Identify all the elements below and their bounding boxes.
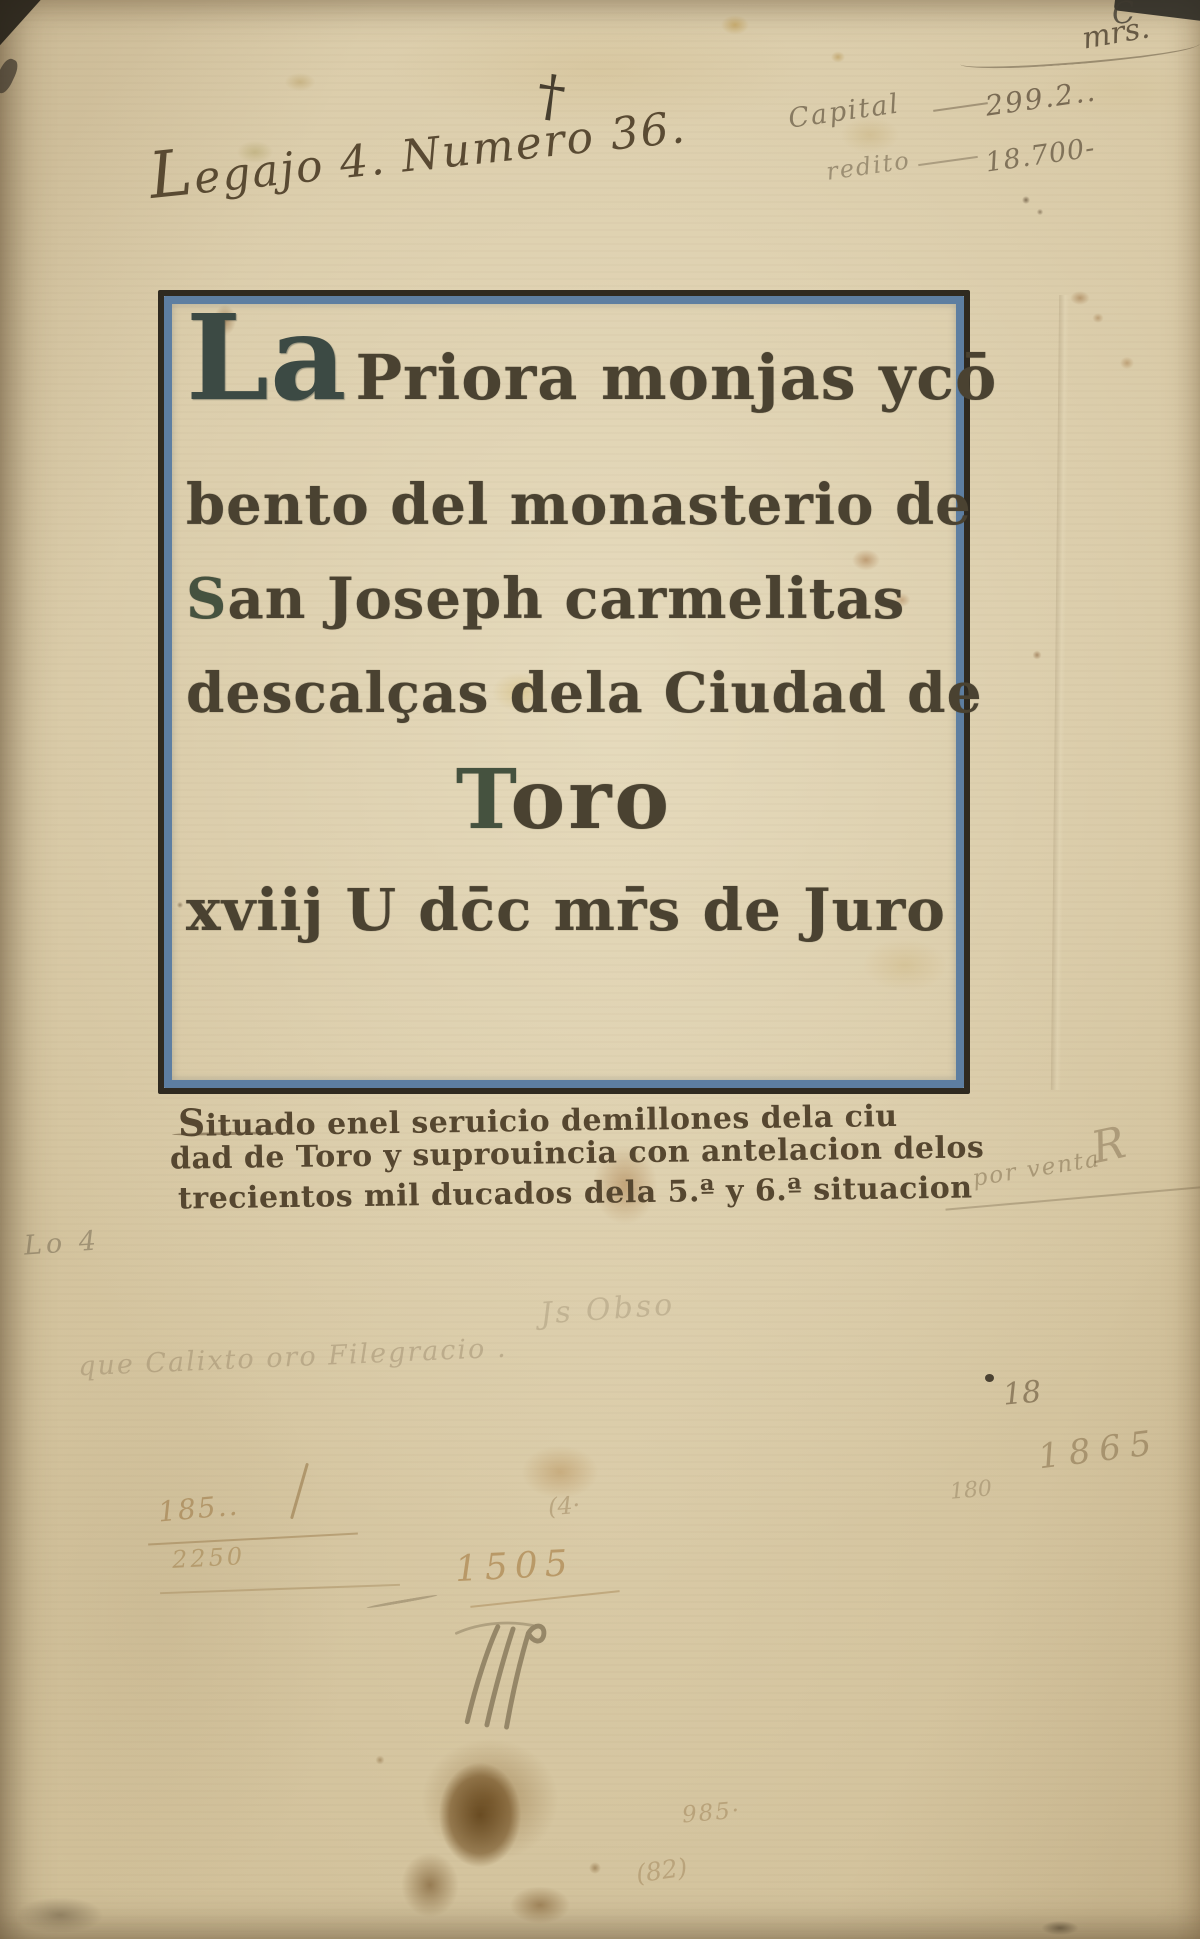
title-line-toro: Toro bbox=[172, 752, 956, 848]
monogram-flourish bbox=[430, 1618, 570, 1738]
decorated-initial: La bbox=[186, 308, 347, 408]
title-frame-inner: La Priora monjas ycō bento del monasteri… bbox=[164, 296, 964, 1088]
pen-scratch bbox=[366, 1594, 437, 1609]
redito-label: redito bbox=[824, 146, 912, 186]
faint-number-82: (82) bbox=[634, 1853, 689, 1889]
title-frame-outer: La Priora monjas ycō bento del monasteri… bbox=[158, 290, 970, 1094]
redito-value: 18.700- bbox=[983, 132, 1097, 178]
corner-letter-mark: C bbox=[1110, 0, 1137, 32]
capital-label: Capital bbox=[786, 88, 901, 134]
vertical-crease bbox=[1051, 295, 1069, 1090]
subtitle-line-3: trecientos mil ducados dela 5.ª y 6.ª si… bbox=[178, 1170, 973, 1216]
ink-flourish-line bbox=[960, 36, 1200, 73]
scan-corner-shadow-topleft bbox=[0, 0, 46, 52]
title-line-1: La Priora monjas ycō bbox=[186, 308, 997, 414]
faint-scribble-2: que Calixto oro Filegracio . bbox=[78, 1333, 509, 1383]
ink-dash bbox=[933, 102, 988, 112]
pen-stroke bbox=[290, 1463, 309, 1520]
ink-dash bbox=[918, 156, 978, 166]
title-line-2: bento del monasterio de bbox=[186, 472, 972, 538]
capital-value: 299.2.. bbox=[983, 74, 1098, 122]
faint-number-18: 18 bbox=[1002, 1374, 1043, 1412]
title-line-3: San Joseph carmelitas bbox=[186, 566, 905, 632]
faint-scribble-1: Js Obso bbox=[539, 1287, 676, 1331]
faint-rule-line bbox=[148, 1533, 358, 1546]
ink-dot bbox=[985, 1374, 994, 1382]
manuscript-page: Legajo 4. Numero 36. † mrs. C Capital 29… bbox=[0, 0, 1200, 1939]
faint-number-985: 985· bbox=[681, 1797, 742, 1828]
faint-rule-line bbox=[470, 1590, 619, 1608]
title-line-amount: xviij U dc̄c mr̄s de Juro bbox=[186, 876, 946, 944]
faint-lo-mark: Lo 4 bbox=[23, 1225, 101, 1261]
faint-number-2250: 2250 bbox=[171, 1542, 245, 1574]
faint-paren-mark: (4· bbox=[547, 1491, 581, 1521]
title-line-4: descalças dela Ciudad de bbox=[186, 660, 983, 725]
title-line-1-text: Priora monjas ycō bbox=[355, 341, 997, 414]
legajo-numero-annotation: Legajo 4. Numero 36. bbox=[146, 84, 690, 214]
faint-rule-line bbox=[160, 1584, 400, 1594]
faint-number-1505: 1505 bbox=[454, 1543, 576, 1590]
marginal-note: por venta bbox=[971, 1146, 1103, 1192]
faint-number-1865: 1865 bbox=[1036, 1423, 1162, 1478]
faint-number-185: 185.. bbox=[157, 1489, 241, 1529]
faint-number-180: 180 bbox=[949, 1476, 993, 1505]
edge-ink-dash bbox=[0, 56, 21, 95]
